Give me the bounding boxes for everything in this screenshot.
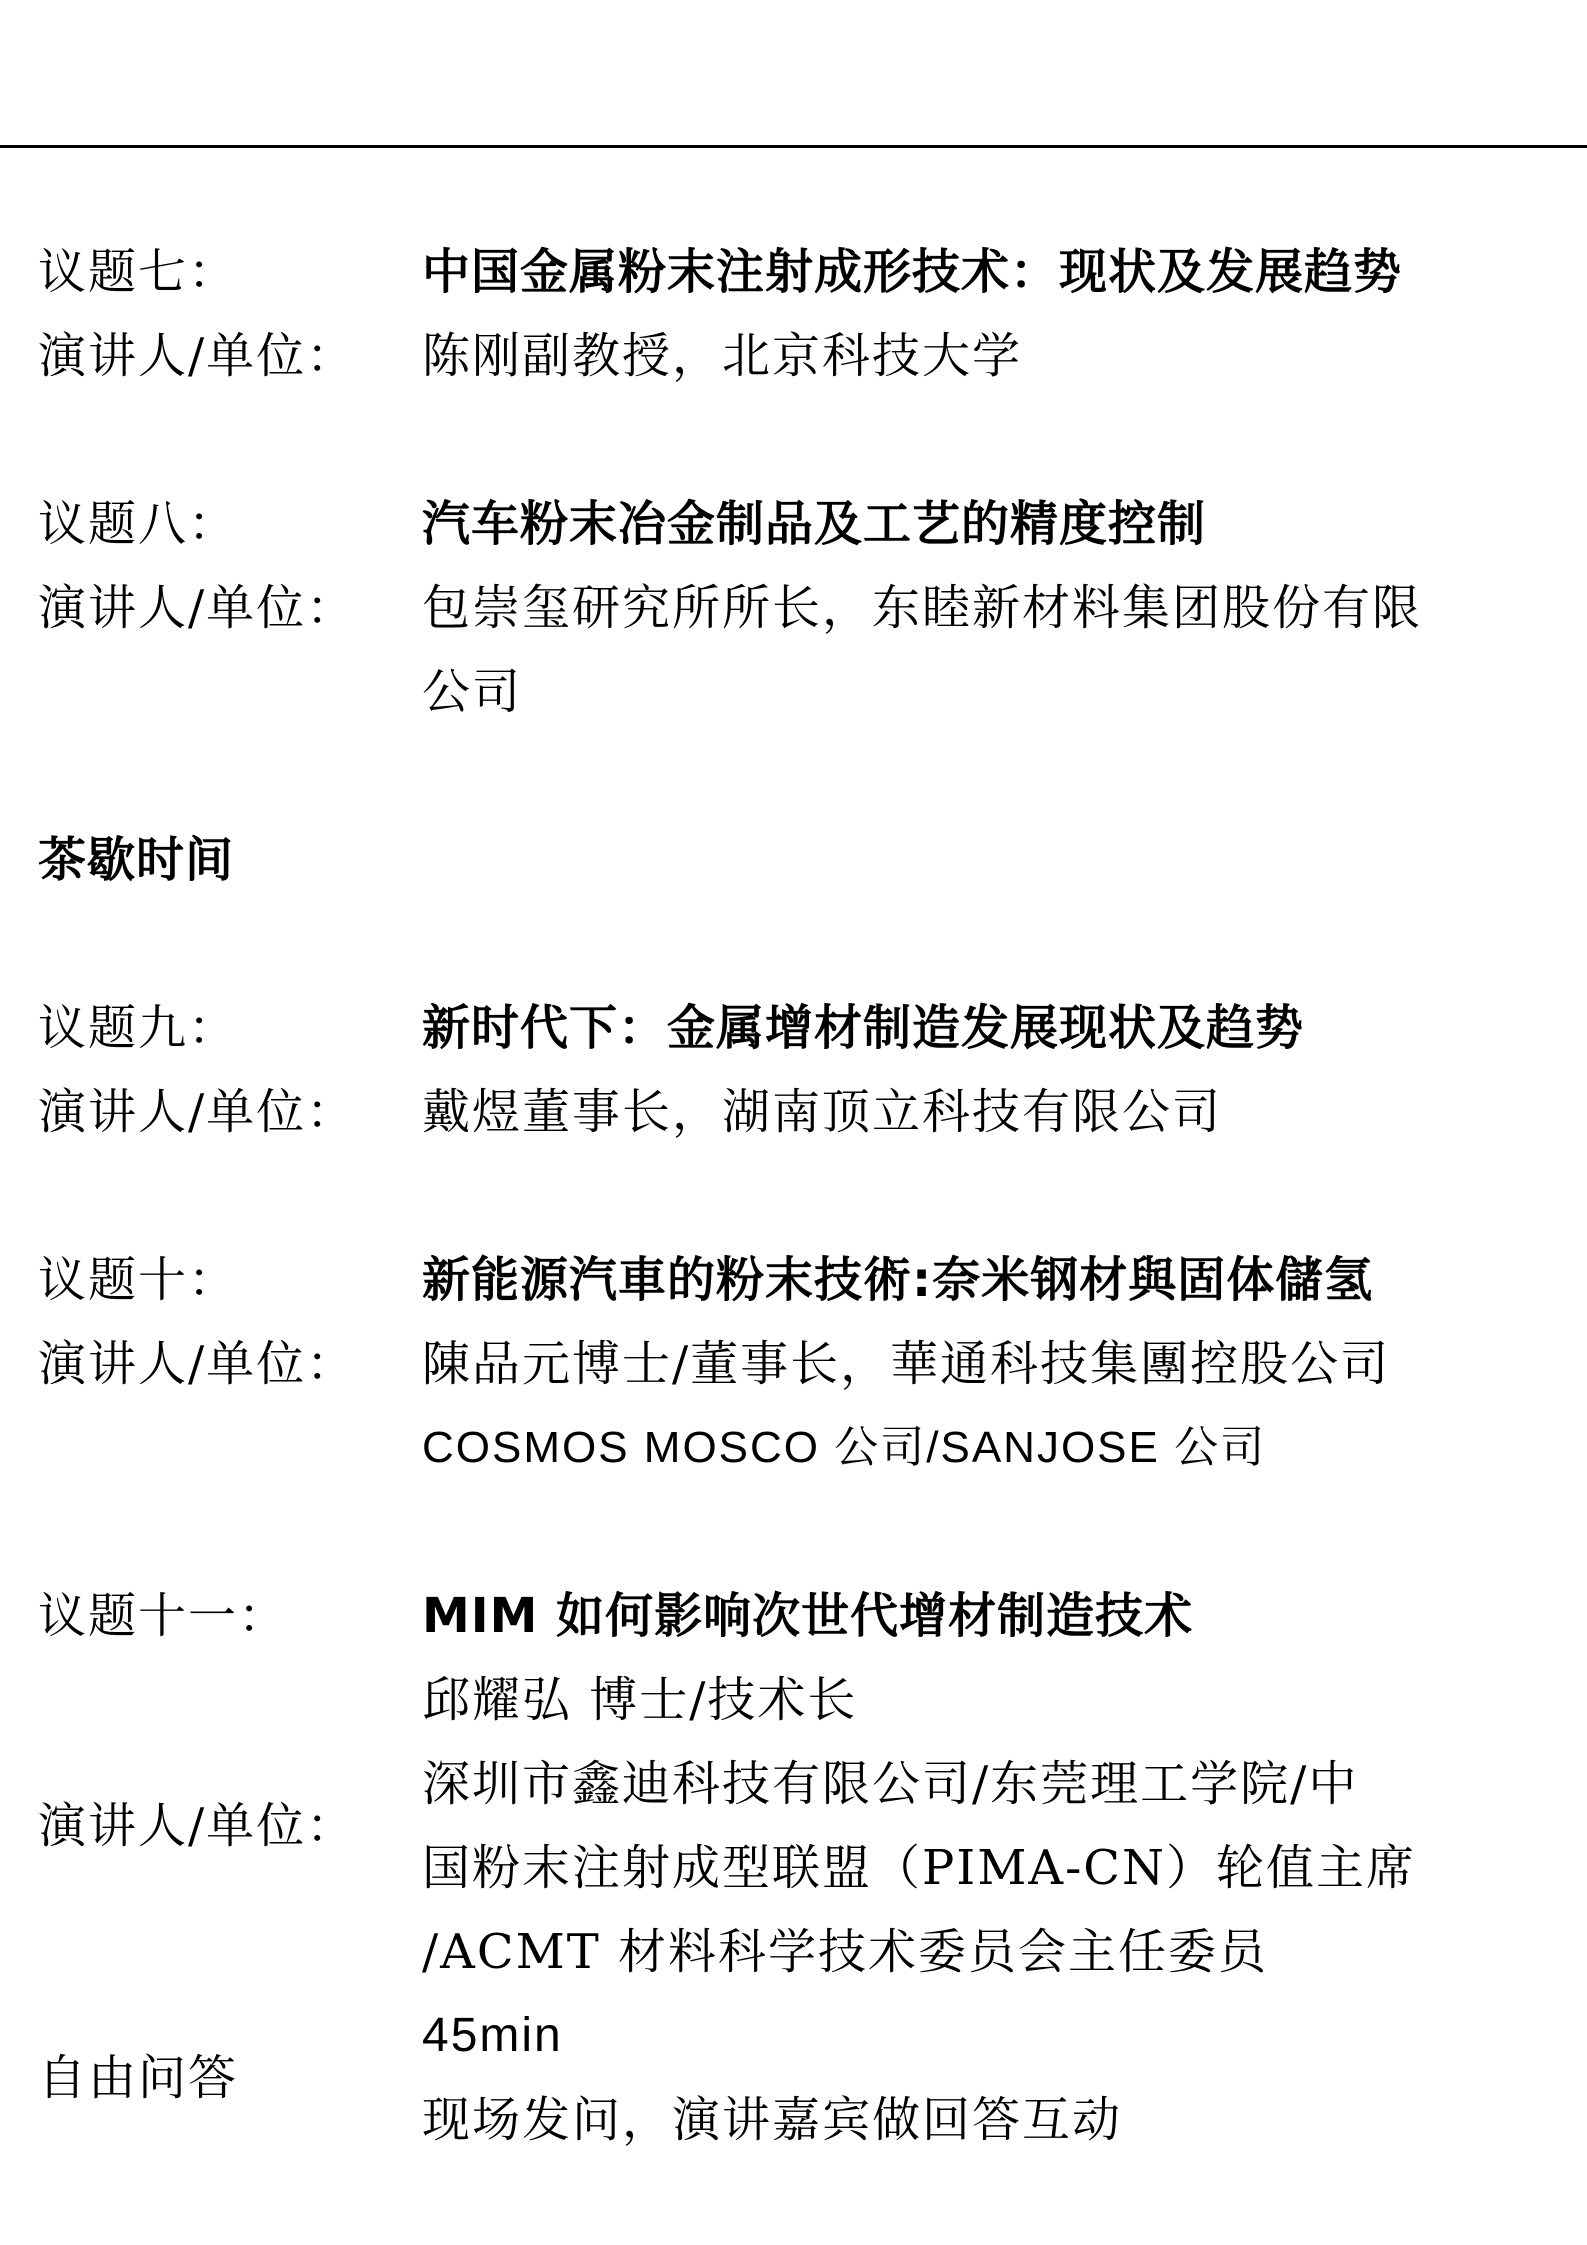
topic-8-speaker-line-2: 公司 [422, 650, 522, 734]
topic-10-speaker-label: 演讲人/单位： [38, 1322, 356, 1406]
header-divider [0, 145, 1587, 148]
topic-7-title: 中国金属粉末注射成形技术：现状及发展趋势 [422, 230, 1402, 314]
topic-11-row: 议题十一： MIM 如何影响次世代增材制造技术 [0, 1574, 1587, 1658]
topic-8-speaker-row: 演讲人/单位： 包崇玺研究所所长，东睦新材料集团股份有限 [0, 566, 1587, 650]
topic-8-speaker-row-2: 公司 [0, 650, 1587, 734]
topic-9-speaker: 戴煜董事长，湖南顶立科技有限公司 [422, 1070, 1222, 1154]
topic-9-row: 议题九： 新时代下：金属增材制造发展现状及趋势 [0, 986, 1587, 1070]
topic-9-title: 新时代下：金属增材制造发展现状及趋势 [422, 986, 1304, 1070]
topic-11-label: 议题十一： [38, 1574, 288, 1658]
topic-8-speaker-label: 演讲人/单位： [38, 566, 356, 650]
topic-9-speaker-row: 演讲人/单位： 戴煜董事长，湖南顶立科技有限公司 [0, 1070, 1587, 1154]
topic-8-speaker-line-1: 包崇玺研究所所长，东睦新材料集团股份有限 [422, 566, 1422, 650]
topic-8-label: 议题八： [38, 482, 238, 566]
tea-break-row: 茶歇时间 [0, 818, 1587, 902]
topic-11-speaker-line-3: 国粉末注射成型联盟（PIMA-CN）轮值主席 [422, 1826, 1416, 1910]
topic-10-title: 新能源汽車的粉末技術:奈米钢材與固体儲氢 [422, 1238, 1373, 1322]
topic-11-speaker-row-1: 邱耀弘 博士/技术长 [0, 1658, 1587, 1742]
topic-7-row: 议题七： 中国金属粉末注射成形技术：现状及发展趋势 [0, 230, 1587, 314]
qa-description-row: 现场发问，演讲嘉宾做回答互动 [0, 2078, 1587, 2162]
topic-10-speaker-row: 演讲人/单位： 陳品元博士/董事长，華通科技集團控股公司 [0, 1322, 1587, 1406]
topic-11-speaker-row-4: /ACMT 材料科学技术委员会主任委员 [0, 1910, 1587, 1994]
topic-10-speaker-line-2: COSMOS MOSCO 公司/SANJOSE 公司 [422, 1406, 1266, 1490]
topic-11-speaker-line-1: 邱耀弘 博士/技术长 [422, 1658, 857, 1742]
topic-7-speaker: 陈刚副教授，北京科技大学 [422, 314, 1022, 398]
topic-11-speaker-row-3: 国粉末注射成型联盟（PIMA-CN）轮值主席 [0, 1826, 1587, 1910]
topic-7-speaker-label: 演讲人/单位： [38, 314, 356, 398]
topic-11-title: MIM 如何影响次世代增材制造技术 [422, 1574, 1193, 1658]
topic-9-speaker-label: 演讲人/单位： [38, 1070, 356, 1154]
topic-7-speaker-row: 演讲人/单位： 陈刚副教授，北京科技大学 [0, 314, 1587, 398]
qa-description: 现场发问，演讲嘉宾做回答互动 [422, 2078, 1122, 2162]
topic-10-speaker-line-1: 陳品元博士/董事长，華通科技集團控股公司 [422, 1322, 1390, 1406]
topic-10-speaker-row-2: COSMOS MOSCO 公司/SANJOSE 公司 [0, 1406, 1587, 1490]
topic-8-row: 议题八： 汽车粉末冶金制品及工艺的精度控制 [0, 482, 1587, 566]
topic-10-label: 议题十： [38, 1238, 238, 1322]
topic-7-label: 议题七： [38, 230, 238, 314]
topic-10-row: 议题十： 新能源汽車的粉末技術:奈米钢材與固体儲氢 [0, 1238, 1587, 1322]
topic-9-label: 议题九： [38, 986, 238, 1070]
tea-break-label: 茶歇时间 [38, 818, 234, 902]
topic-11-speaker-line-4: /ACMT 材料科学技术委员会主任委员 [422, 1910, 1268, 1994]
topic-8-title: 汽车粉末冶金制品及工艺的精度控制 [422, 482, 1206, 566]
